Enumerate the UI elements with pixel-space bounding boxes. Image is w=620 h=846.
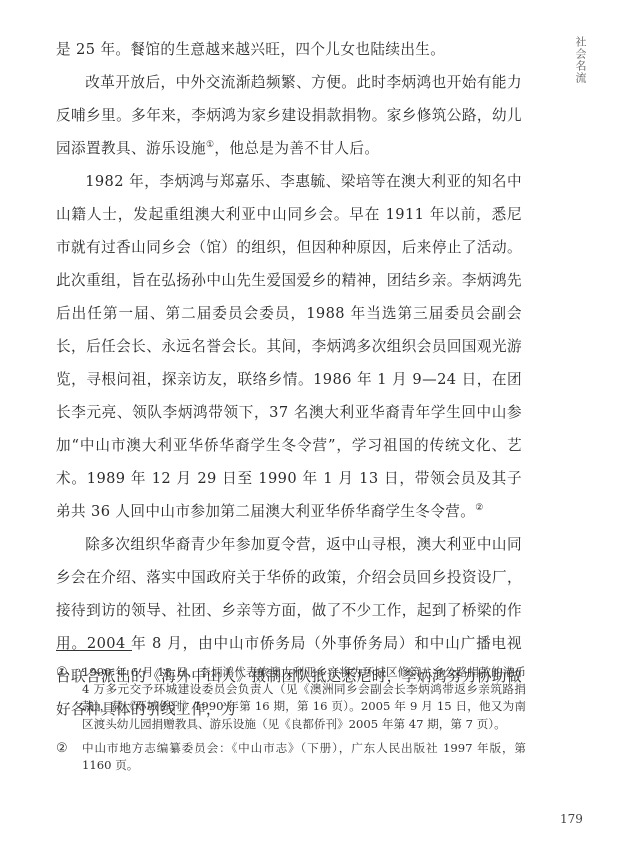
footnote-1: ① 1990 年 6 月 18 日，李炳鸿代表旅澳大利亚乡亲将为环城区修筑八乡公… bbox=[56, 664, 526, 733]
footnotes: ① 1990 年 6 月 18 日，李炳鸿代表旅澳大利亚乡亲将为环城区修筑八乡公… bbox=[56, 664, 526, 781]
paragraph-text: 1982 年，李炳鸿与郑嘉乐、李惠毓、梁培等在澳大利亚的知名中山籍人士，发起重组… bbox=[56, 173, 522, 520]
paragraph-1: 是 25 年。餐馆的生意越来越兴旺，四个儿女也陆续出生。 bbox=[56, 33, 522, 66]
footnote-text: 中山市地方志编纂委员会：《中山市志》（下册），广东人民出版社 1997 年版，第… bbox=[82, 740, 526, 774]
footnote-text: 1990 年 6 月 18 日，李炳鸿代表旅澳大利亚乡亲将为环城区修筑八乡公路捐… bbox=[82, 664, 526, 733]
footnote-divider bbox=[56, 650, 132, 651]
body-text: 是 25 年。餐馆的生意越来越兴旺，四个儿女也陆续出生。 改革开放后，中外交流渐… bbox=[56, 33, 522, 726]
footnote-2: ② 中山市地方志编纂委员会：《中山市志》（下册），广东人民出版社 1997 年版… bbox=[56, 740, 526, 774]
paragraph-text: 是 25 年。餐馆的生意越来越兴旺，四个儿女也陆续出生。 bbox=[56, 41, 445, 58]
section-side-label: 社会名流 bbox=[573, 36, 587, 84]
footnote-marker: ① bbox=[56, 664, 82, 733]
footnote-ref-2[interactable]: ② bbox=[475, 503, 483, 513]
paragraph-2: 改革开放后，中外交流渐趋频繁、方便。此时李炳鸿也开始有能力反哺乡里。多年来，李炳… bbox=[56, 66, 522, 165]
page-number: 179 bbox=[560, 812, 583, 826]
paragraph-text-cont: ，他总是为善不甘人后。 bbox=[214, 140, 379, 157]
paragraph-3: 1982 年，李炳鸿与郑嘉乐、李惠毓、梁培等在澳大利亚的知名中山籍人士，发起重组… bbox=[56, 165, 522, 528]
footnote-marker: ② bbox=[56, 740, 82, 774]
book-page: 社会名流 是 25 年。餐馆的生意越来越兴旺，四个儿女也陆续出生。 改革开放后，… bbox=[0, 0, 620, 846]
